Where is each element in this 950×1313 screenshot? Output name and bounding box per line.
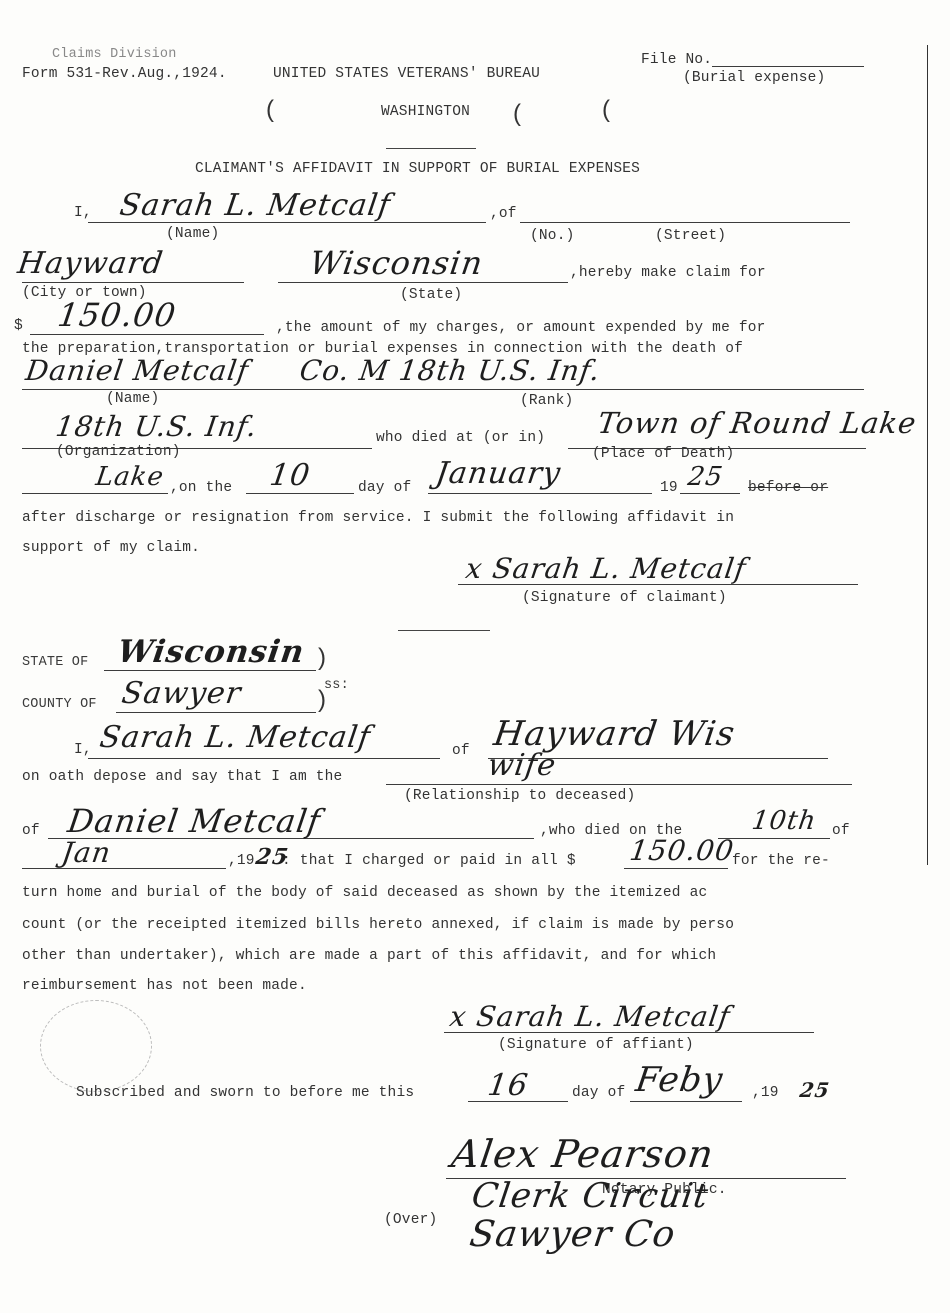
paren-decoration: (	[266, 96, 274, 124]
body-line-3: other than undertaker), which are made a…	[22, 948, 716, 964]
day-of-text: day of	[358, 480, 411, 496]
struck-text: before or	[748, 480, 828, 496]
total-amount-field	[624, 868, 728, 869]
death-month-field	[428, 493, 652, 494]
affidavit-death-day: 10th	[750, 806, 818, 836]
bracket-decoration: )	[318, 644, 326, 672]
no-caption: (No.)	[530, 228, 575, 244]
place-of-death: Town of Round Lake	[596, 406, 919, 440]
notary-title-2: Sawyer Co	[467, 1214, 678, 1255]
notary-signature: Alex Pearson	[449, 1132, 717, 1176]
form-title: CLAIMANT'S AFFIDAVIT IN SUPPORT OF BURIA…	[195, 161, 640, 177]
county-label: COUNTY OF	[22, 697, 97, 712]
jurat-year: 25	[798, 1078, 831, 1102]
hereby-text: ,hereby make claim for	[570, 265, 766, 281]
divider	[398, 630, 490, 631]
amount-field	[30, 334, 264, 335]
affidavit-county: Sawyer	[120, 676, 244, 711]
name-caption-2: (Name)	[106, 391, 159, 407]
jurat-month: Feby	[633, 1060, 725, 1100]
death-day-field	[246, 493, 354, 494]
affiant-name-field	[88, 758, 440, 759]
claimant-state: Wisconsin	[307, 244, 485, 282]
city-label: WASHINGTON	[381, 104, 470, 120]
relationship-caption: (Relationship to deceased)	[404, 788, 635, 804]
body-line-2: count (or the receipted itemized bills h…	[22, 917, 734, 933]
of-label-4: of	[832, 823, 850, 839]
support-text: support of my claim.	[22, 540, 200, 556]
affidavit-death-month: Jan	[60, 836, 114, 869]
agency-name: UNITED STATES VETERANS' BUREAU	[273, 66, 540, 82]
i-label-2: I,	[74, 742, 92, 758]
death-month-field-2	[22, 868, 226, 869]
paren-decoration: (	[602, 96, 610, 124]
state-label: STATE OF	[22, 655, 88, 670]
return-text: for the re-	[732, 853, 830, 869]
claimant-name: Sarah L. Metcalf	[118, 188, 393, 223]
state-caption: (State)	[400, 287, 462, 303]
jurat-day-of: day of	[572, 1085, 625, 1101]
deceased-field	[22, 389, 864, 390]
state-field	[104, 670, 316, 671]
file-no-field	[712, 66, 864, 67]
deceased-rank: Co. M 18th U.S. Inf.	[298, 354, 603, 387]
of-label: ,of	[490, 206, 517, 222]
affiant-name: Sarah L. Metcalf	[98, 720, 373, 755]
notary-title-1: Clerk Circuit	[469, 1176, 711, 1216]
file-no-label: File No.	[641, 52, 712, 68]
jurat-year-prefix: ,19	[752, 1085, 779, 1101]
paren-decoration: (	[513, 100, 521, 128]
died-at-text: who died at (or in)	[376, 430, 545, 446]
address-field	[520, 222, 850, 223]
death-day: 10	[268, 458, 313, 493]
deceased-name: Daniel Metcalf	[24, 354, 251, 387]
rank-caption: (Rank)	[520, 393, 573, 409]
name-caption: (Name)	[166, 226, 219, 242]
place-continued: Lake	[94, 462, 166, 492]
state-field	[278, 282, 568, 283]
after-text: after discharge or resignation from serv…	[22, 510, 734, 526]
affidavit-state: Wisconsin	[115, 634, 306, 670]
of-label-3: of	[22, 823, 40, 839]
death-month: January	[434, 456, 564, 491]
division-label: Claims Division	[52, 47, 177, 62]
affidavit-deceased-name: Daniel Metcalf	[65, 802, 323, 840]
place-caption: (Place of Death)	[592, 446, 734, 462]
relationship-field	[386, 784, 852, 785]
jurat-text: Subscribed and sworn to before me this	[76, 1085, 414, 1101]
ss-label: ss:	[324, 678, 349, 693]
amount-text-1: ,the amount of my charges, or amount exp…	[276, 320, 766, 336]
file-type-caption: (Burial expense)	[683, 70, 825, 86]
oath-text: on oath depose and say that I am the	[22, 769, 342, 785]
charged-text: : that I charged or paid in all $	[282, 853, 576, 869]
death-year: 25	[686, 462, 725, 492]
year-prefix: 19	[660, 480, 678, 496]
year-prefix-2: ,19	[228, 853, 255, 869]
organization: 18th U.S. Inf.	[54, 410, 260, 443]
affiant-signature: x Sarah L. Metcalf	[448, 1000, 733, 1033]
page-border	[927, 45, 928, 865]
form-number: Form 531-Rev.Aug.,1924.	[22, 66, 227, 82]
of-label-2: of	[452, 743, 470, 759]
dollar-sign: $	[14, 318, 23, 334]
notary-seal	[40, 1000, 152, 1092]
claim-amount: 150.00	[55, 296, 178, 334]
organization-caption: (Organization)	[56, 444, 181, 460]
divider	[386, 148, 476, 149]
claimant-signature-caption: (Signature of claimant)	[522, 590, 727, 606]
total-amount: 150.00	[628, 834, 737, 867]
street-caption: (Street)	[655, 228, 726, 244]
relationship: wife	[486, 748, 559, 783]
jurat-day: 16	[486, 1068, 531, 1103]
death-year-field	[680, 493, 740, 494]
over-label: (Over)	[384, 1212, 437, 1228]
jurat-month-field	[630, 1101, 742, 1102]
place-cont-field	[22, 493, 168, 494]
i-label: I,	[74, 205, 92, 221]
claimant-signature: x Sarah L. Metcalf	[464, 552, 749, 585]
body-line-4: reimbursement has not been made.	[22, 978, 307, 994]
affiant-signature-caption: (Signature of affiant)	[498, 1037, 694, 1053]
body-line-1: turn home and burial of the body of said…	[22, 885, 707, 901]
county-field	[116, 712, 316, 713]
on-the-text: ,on the	[170, 480, 232, 496]
city-field	[22, 282, 244, 283]
claimant-city: Hayward	[16, 246, 166, 281]
